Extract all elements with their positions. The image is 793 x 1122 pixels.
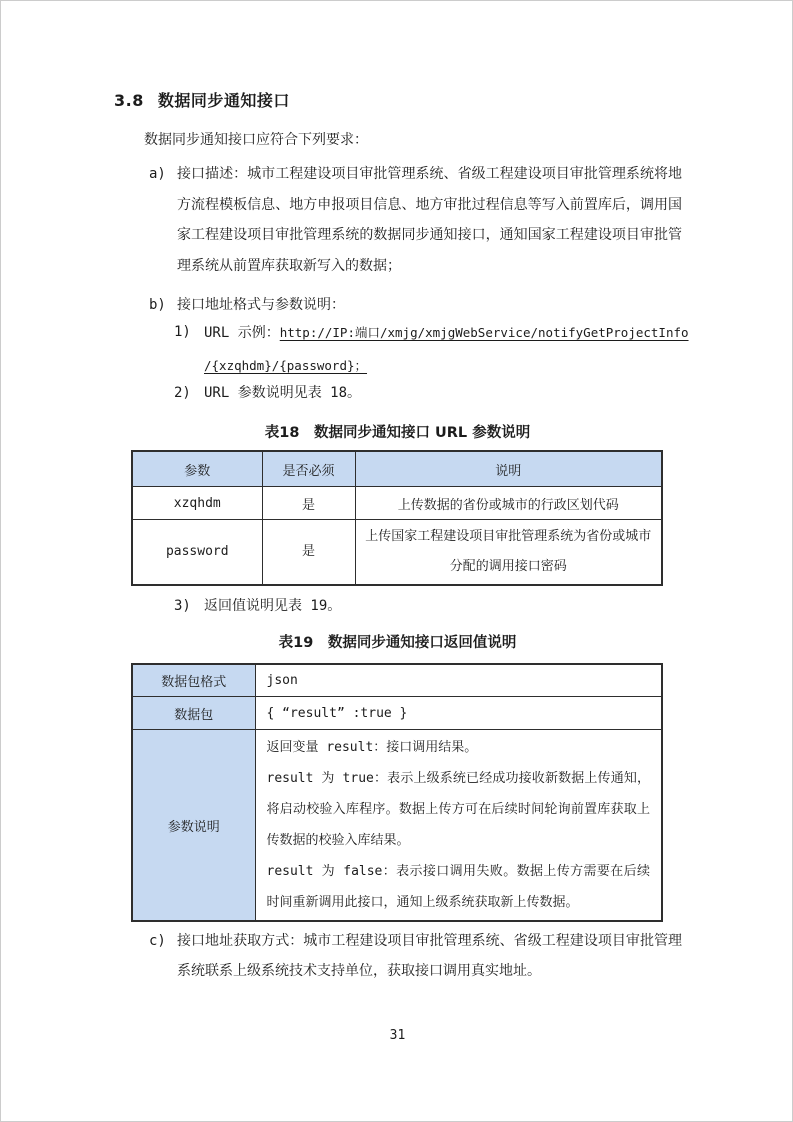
param-desc-line1: 返回变量 result：接口调用结果。 xyxy=(267,732,651,763)
section-heading: 3.8数据同步通知接口 xyxy=(114,91,290,111)
intro-text: 数据同步通知接口应符合下列要求： xyxy=(144,129,368,151)
table18-header-row: 参数 是否必须 说明 xyxy=(132,451,662,487)
table18-cell-required: 是 xyxy=(262,520,355,586)
section-title: 数据同步通知接口 xyxy=(158,91,290,110)
list-label-b: b) xyxy=(149,290,166,321)
list-label-b2: 2) xyxy=(174,378,191,409)
list-item-b3: 3) 返回值说明见表 19。 xyxy=(204,591,682,622)
table18-cell-desc: 上传国家工程建设项目审批管理系统为省份或城市分配的调用接口密码 xyxy=(355,520,662,586)
list-label-b1: 1) xyxy=(174,317,191,349)
section-number: 3.8 xyxy=(114,91,144,110)
table19-title: 表19 数据同步通知接口返回值说明 xyxy=(1,632,793,654)
list-text-b3: 返回值说明见表 19。 xyxy=(204,598,341,614)
list-label-a: a) xyxy=(149,159,166,190)
list-item-b2: 2) URL 参数说明见表 18。 xyxy=(204,378,682,409)
table19-value-params: 返回变量 result：接口调用结果。 result 为 true：表示上级系统… xyxy=(255,730,662,922)
table-19: 数据包格式 json 数据包 { “result” :true } 参数说明 返… xyxy=(131,663,663,922)
list-text-b: 接口地址格式与参数说明： xyxy=(177,297,345,313)
list-text-c: 接口地址获取方式：城市工程建设项目审批管理系统、省级工程建设项目审批管理系统联系… xyxy=(177,933,682,979)
table18-cell-param: xzqhdm xyxy=(132,487,262,520)
table18-row-password: password 是 上传国家工程建设项目审批管理系统为省份或城市分配的调用接口… xyxy=(132,520,662,586)
list-item-c: c) 接口地址获取方式：城市工程建设项目审批管理系统、省级工程建设项目审批管理系… xyxy=(177,927,682,986)
table18-cell-param: password xyxy=(132,520,262,586)
url-line-1: URL 示例：http://IP:端口/xmjg/xmjgWebService/… xyxy=(204,317,682,350)
param-desc-line2: result 为 true：表示上级系统已经成功接收新数据上传通知，将启动校验入… xyxy=(267,763,651,856)
table-18: 参数 是否必须 说明 xzqhdm 是 上传数据的省份或城市的行政区划代码 pa… xyxy=(131,450,663,586)
list-item-b1: 1) URL 示例：http://IP:端口/xmjg/xmjgWebServi… xyxy=(204,317,682,381)
url-example-part2: /{xzqhdm}/{password}； xyxy=(204,350,682,382)
param-desc-line3: result 为 false：表示接口调用失败。数据上传方需要在后续时间重新调用… xyxy=(267,856,651,918)
table18-header-required: 是否必须 xyxy=(262,451,355,487)
list-text-b2: URL 参数说明见表 18。 xyxy=(204,385,361,401)
table19-label-format: 数据包格式 xyxy=(132,664,255,697)
table18-row-xzqhdm: xzqhdm 是 上传数据的省份或城市的行政区划代码 xyxy=(132,487,662,520)
table18-title: 表18 数据同步通知接口 URL 参数说明 xyxy=(1,422,793,444)
table19-label-params: 参数说明 xyxy=(132,730,255,922)
table19-value-packet: { “result” :true } xyxy=(255,697,662,730)
list-item-a: a) 接口描述：城市工程建设项目审批管理系统、省级工程建设项目审批管理系统将地方… xyxy=(177,159,682,282)
document-page: 3.8数据同步通知接口 数据同步通知接口应符合下列要求： a) 接口描述：城市工… xyxy=(0,0,793,1122)
list-label-c: c) xyxy=(149,927,166,957)
list-text-a: 接口描述：城市工程建设项目审批管理系统、省级工程建设项目审批管理系统将地方流程模… xyxy=(177,166,682,274)
list-label-b3: 3) xyxy=(174,591,191,622)
table19-row-params: 参数说明 返回变量 result：接口调用结果。 result 为 true：表… xyxy=(132,730,662,922)
table18-header-param: 参数 xyxy=(132,451,262,487)
table18-header-desc: 说明 xyxy=(355,451,662,487)
table19-value-format: json xyxy=(255,664,662,697)
table18-cell-desc: 上传数据的省份或城市的行政区划代码 xyxy=(355,487,662,520)
url-example-part1: http://IP:端口/xmjg/xmjgWebService/notifyG… xyxy=(280,325,689,340)
table19-label-packet: 数据包 xyxy=(132,697,255,730)
table19-row-format: 数据包格式 json xyxy=(132,664,662,697)
table19-row-packet: 数据包 { “result” :true } xyxy=(132,697,662,730)
table18-cell-required: 是 xyxy=(262,487,355,520)
url-prefix: URL 示例： xyxy=(204,325,280,341)
page-number: 31 xyxy=(1,1026,793,1046)
